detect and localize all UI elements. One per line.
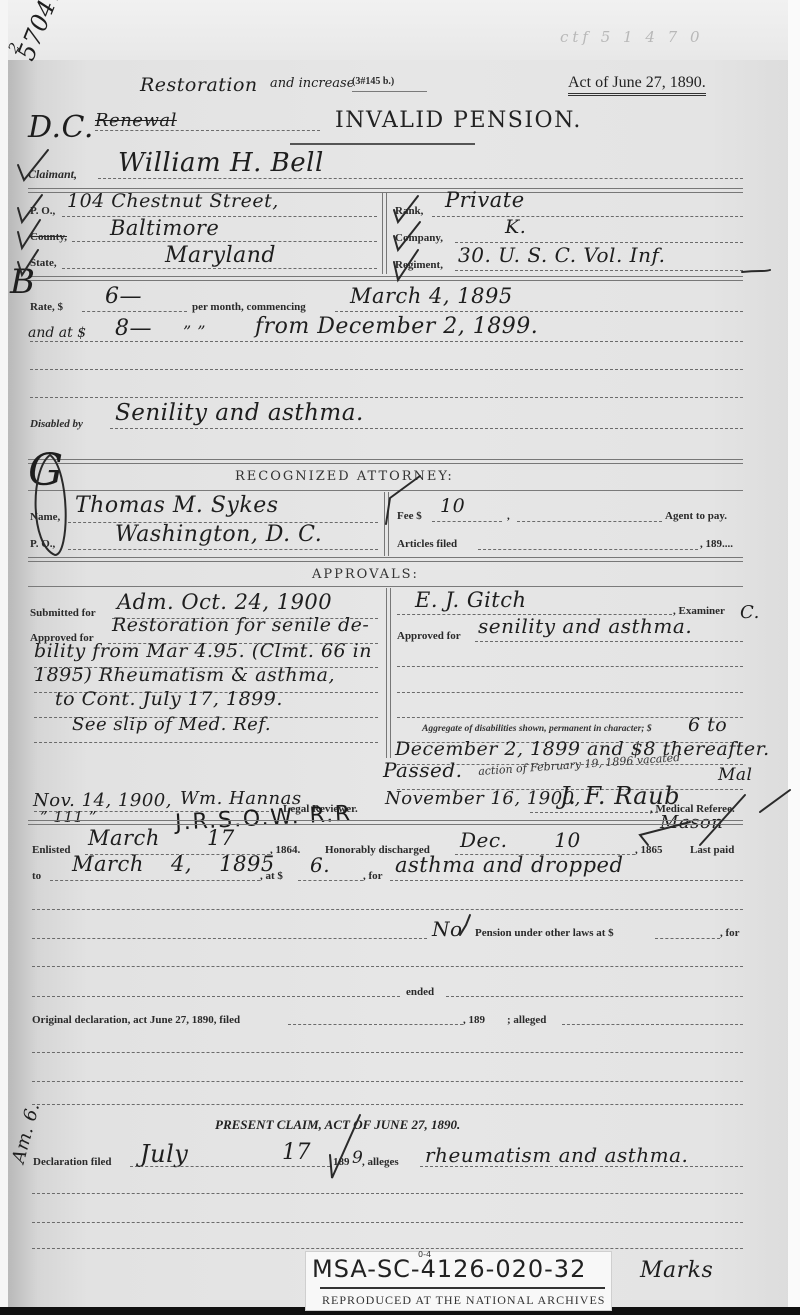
pen-check-marks (0, 0, 800, 1315)
